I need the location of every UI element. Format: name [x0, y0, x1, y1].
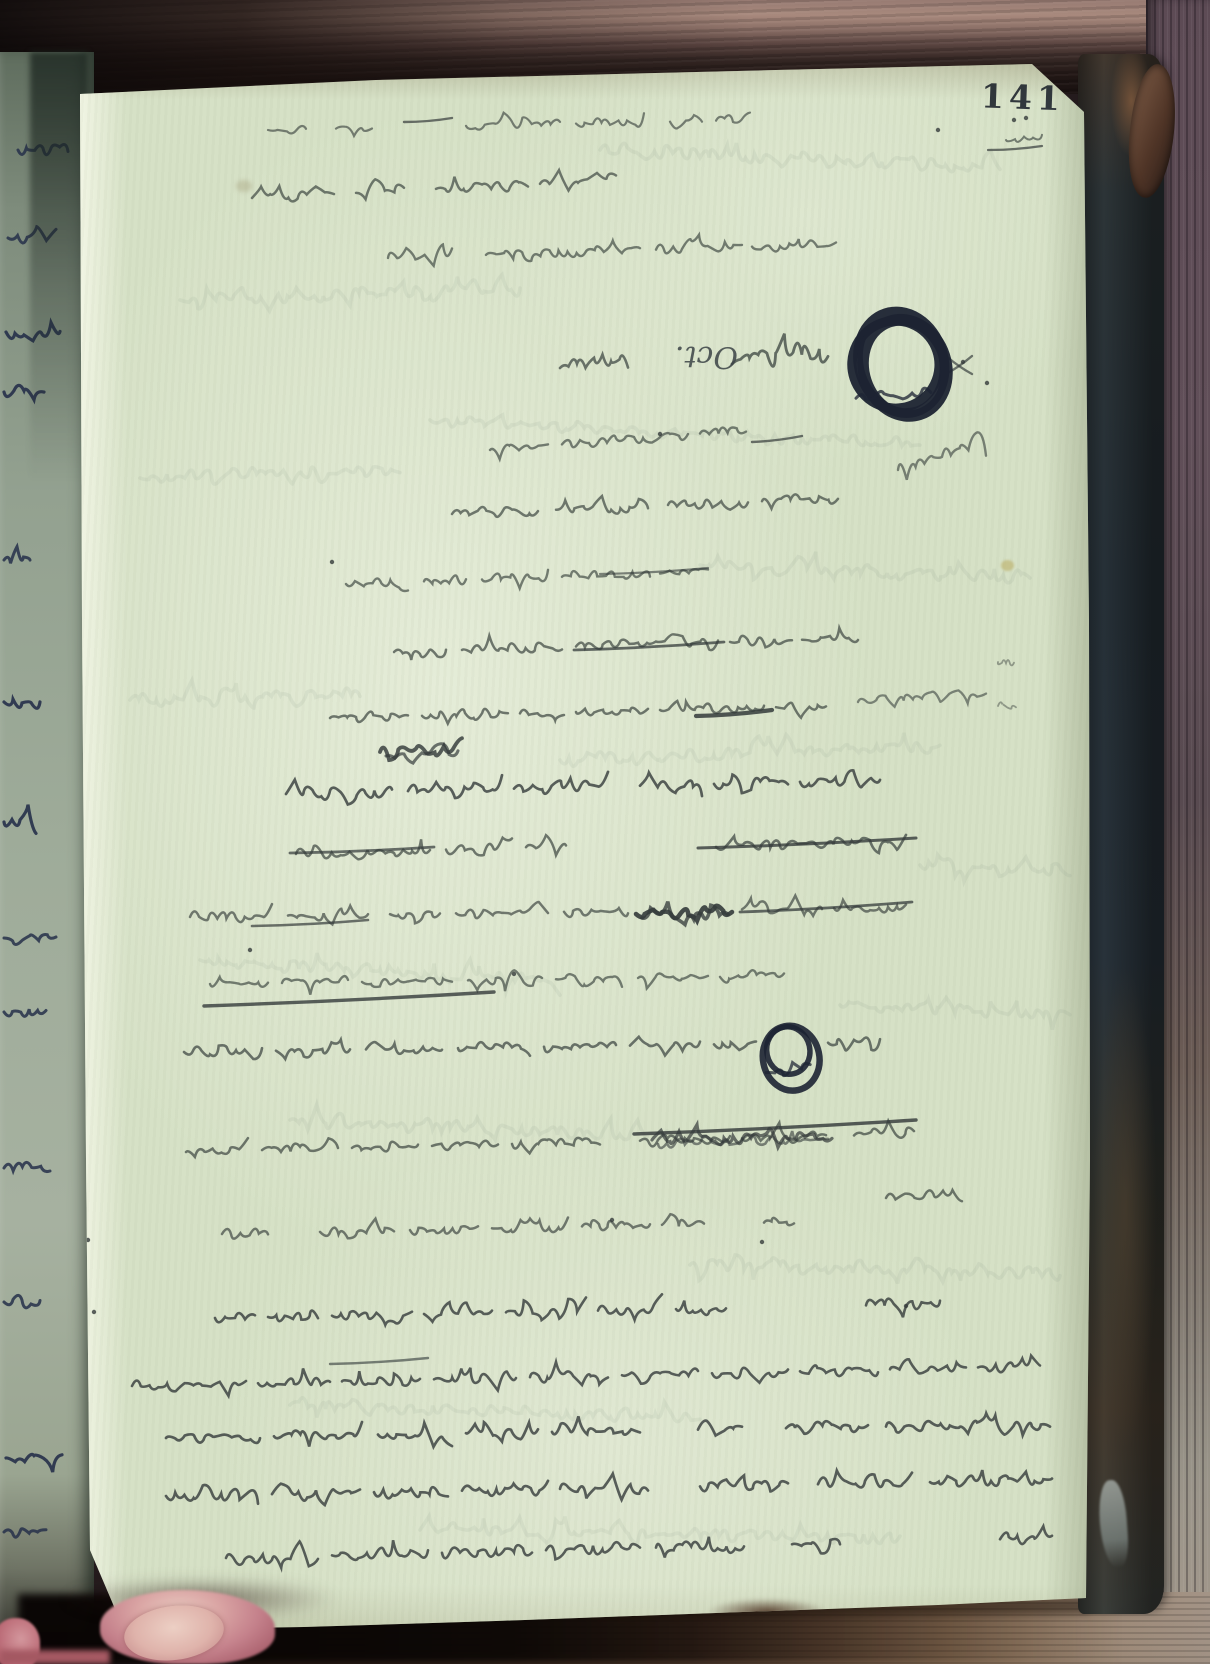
notebook-spine-binding: [1078, 54, 1164, 1614]
handwriting-ink: [0, 0, 1210, 1664]
finger-edge-left: [0, 1650, 110, 1664]
legible-word-oct: Oct.: [648, 326, 738, 374]
photo-of-open-notebook: 141 Oct.: [0, 0, 1210, 1664]
binding-worn-highlight: [1097, 1479, 1130, 1569]
foxing-spot-2: [236, 180, 252, 192]
notebook-page: 141 Oct.: [76, 60, 1090, 1632]
foxing-spot: [1001, 560, 1014, 571]
page-gutter-shadow: [30, 52, 88, 482]
thumb-holding-page: [100, 1590, 275, 1664]
